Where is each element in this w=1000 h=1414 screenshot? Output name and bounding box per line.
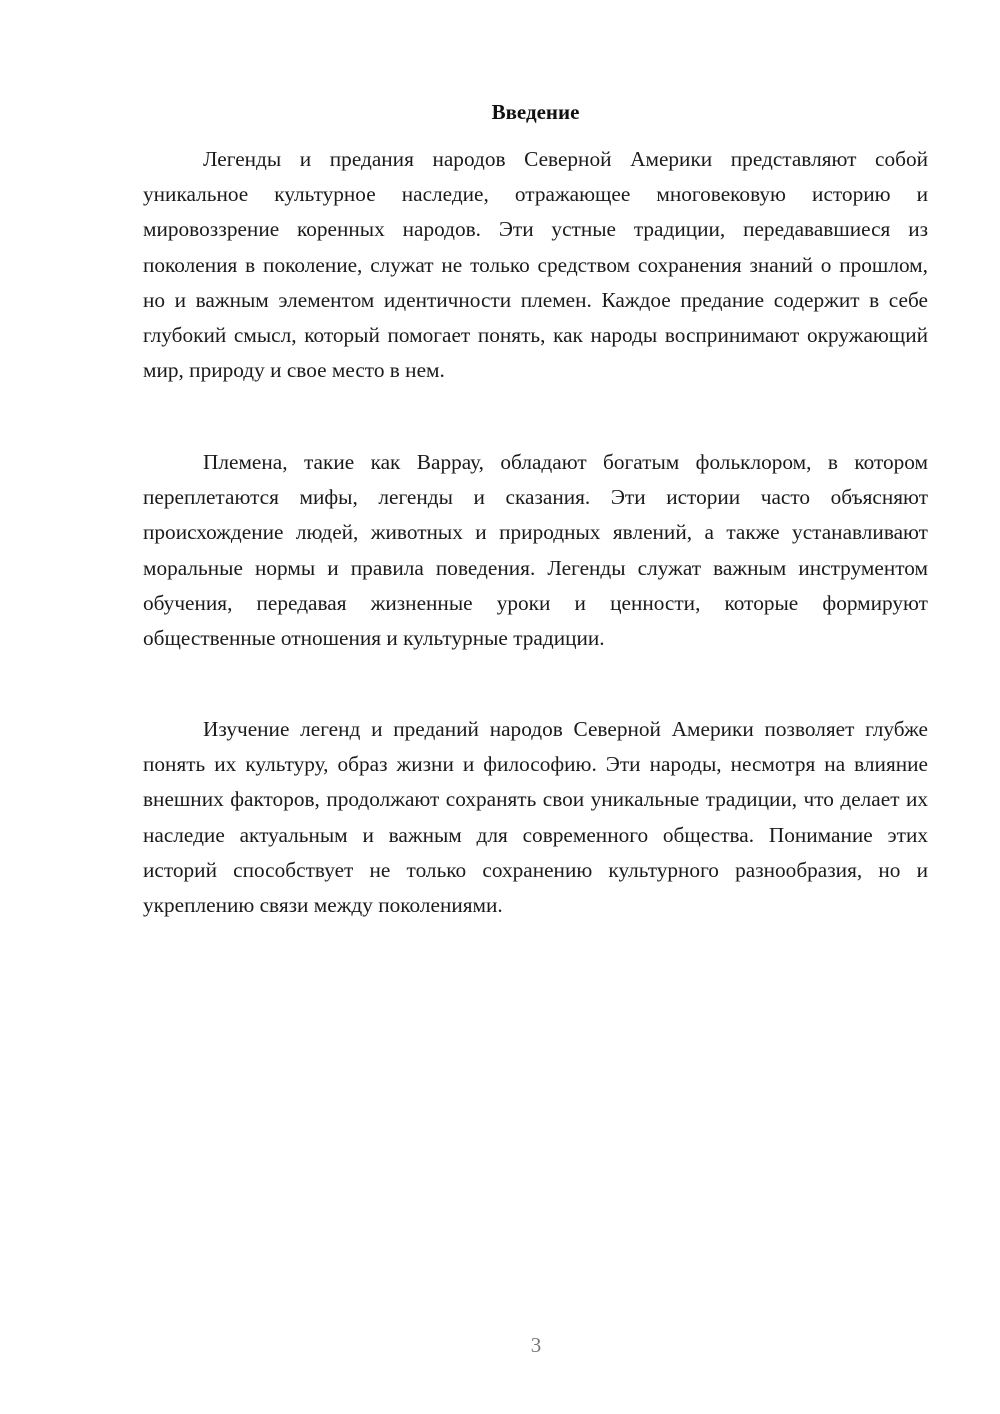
document-page: Введение Легенды и предания народов Севе… <box>0 0 1000 1414</box>
paragraph-study: Изучение легенд и преданий народов Север… <box>143 712 928 923</box>
paragraph-tribes: Племена, такие как Варрау, обладают бога… <box>143 445 928 656</box>
page-number: 3 <box>0 1333 1000 1358</box>
paragraph-intro: Легенды и предания народов Северной Амер… <box>143 142 928 388</box>
section-title: Введение <box>143 97 928 127</box>
